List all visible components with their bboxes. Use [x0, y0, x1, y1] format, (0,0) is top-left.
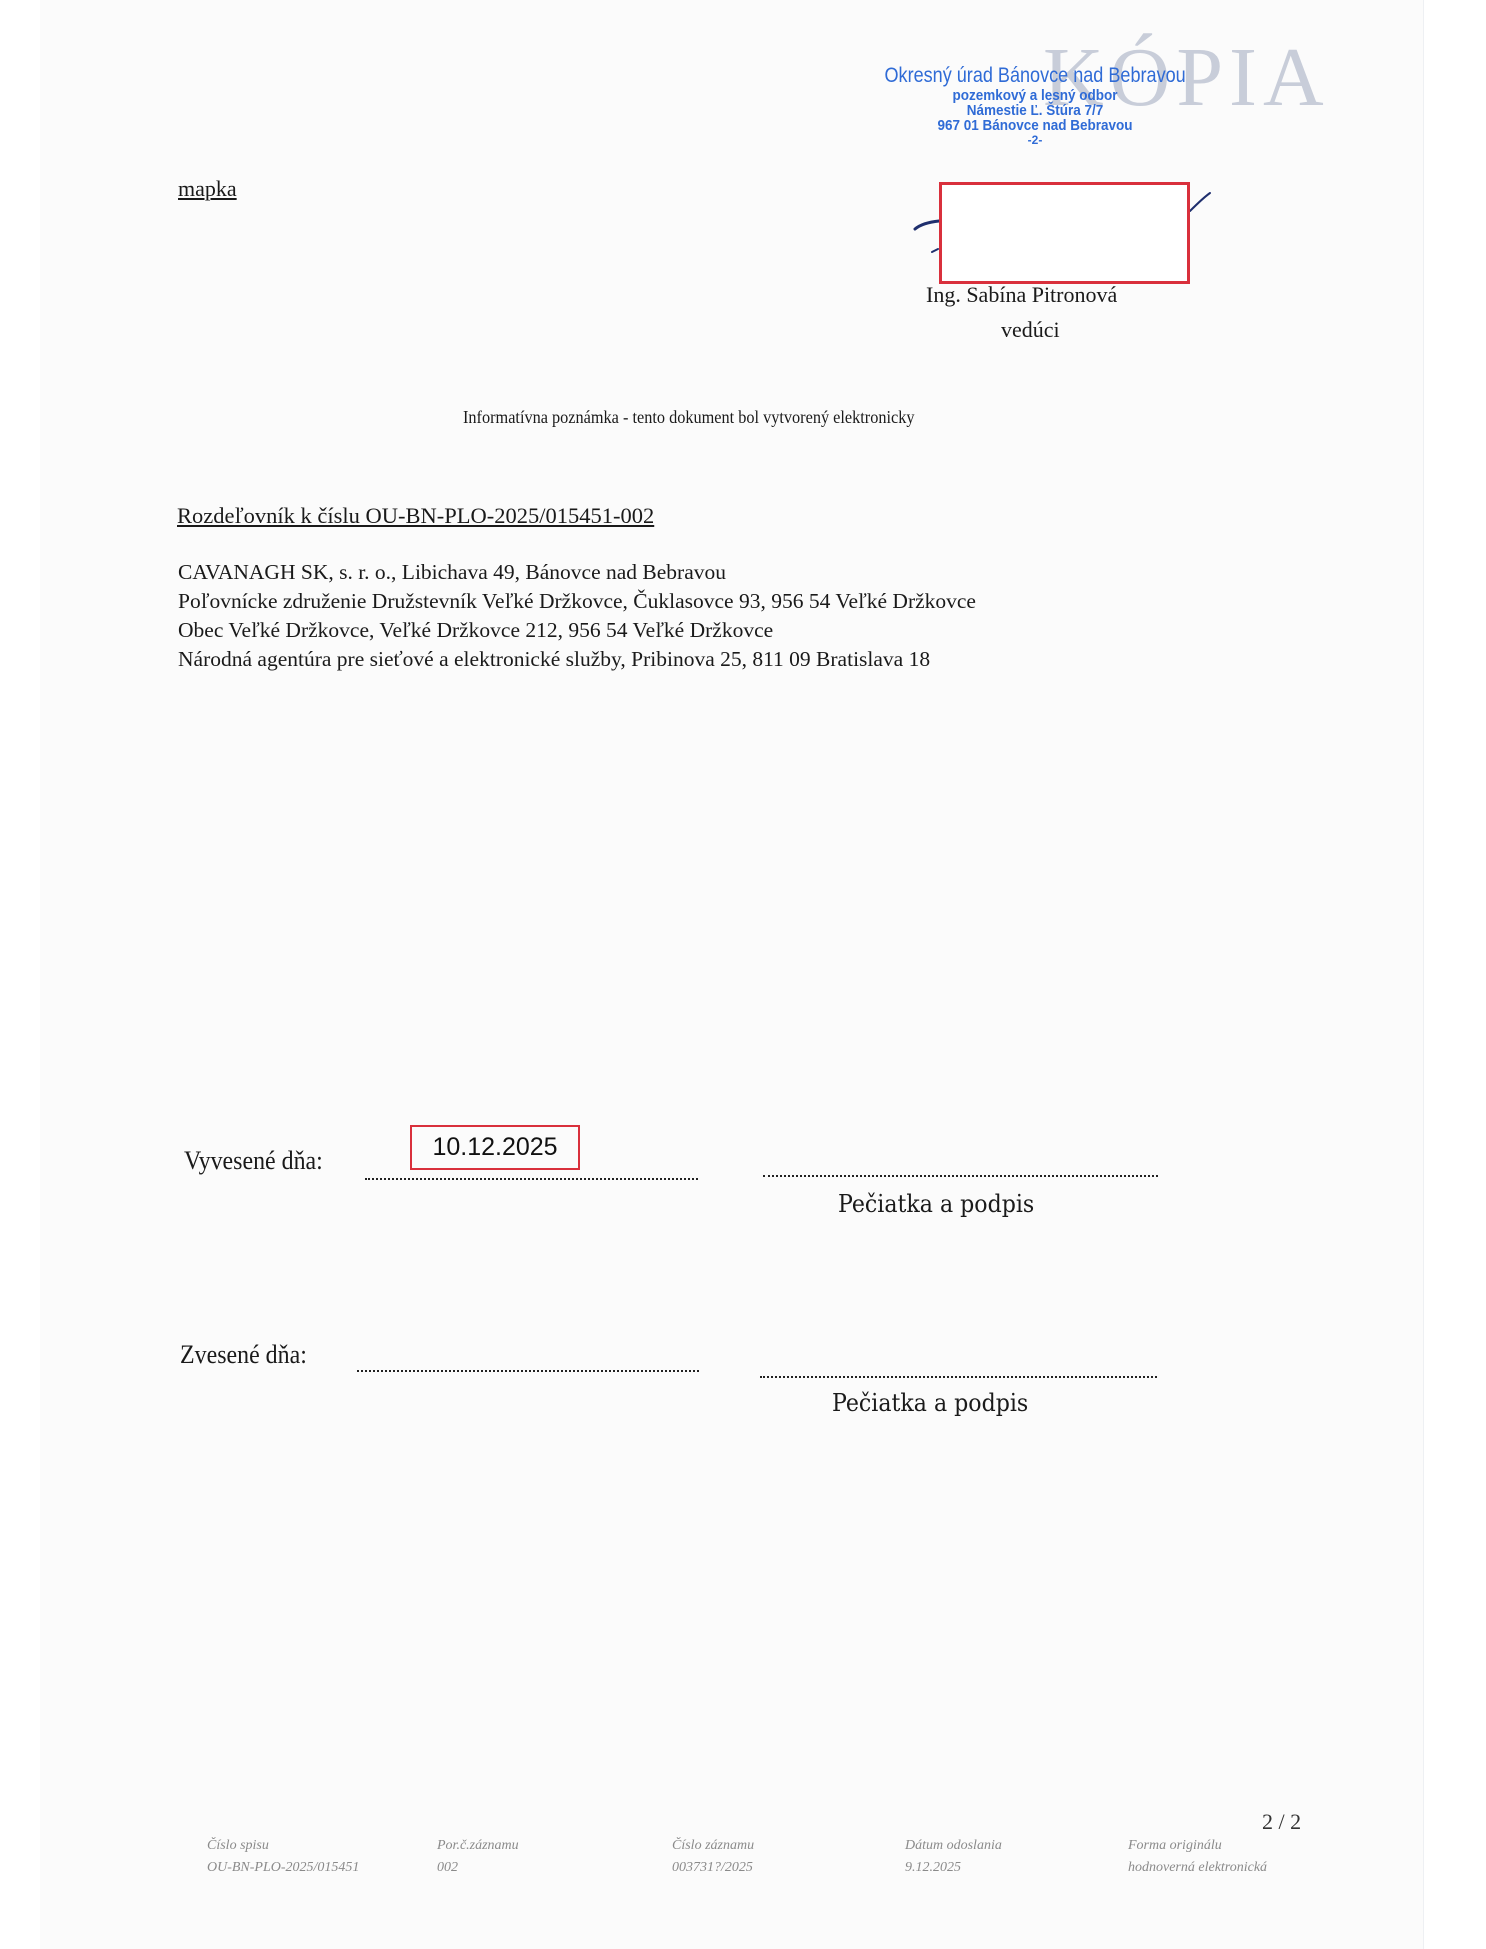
footer-label: Forma originálu — [1128, 1835, 1267, 1857]
info-note: Informatívna poznámka - tento dokument b… — [463, 407, 915, 428]
document-page — [40, 0, 1424, 1949]
footer-record-number: Číslo záznamu 003731?/2025 — [672, 1835, 754, 1879]
footer-value: hodnoverná elektronická — [1128, 1857, 1267, 1879]
recipient-item: Poľovnícke združenie Družstevník Veľké D… — [178, 587, 976, 616]
removed-stamp-signature-label: Pečiatka a podpis — [832, 1389, 1028, 1417]
footer-label: Dátum odoslania — [905, 1835, 1002, 1857]
signer-role: vedúci — [1001, 317, 1060, 343]
posted-date-line — [365, 1178, 698, 1180]
attachment-label: mapka — [178, 176, 237, 202]
stamp-city: 967 01 Bánovce nad Bebravou — [878, 118, 1193, 133]
removed-date-label: Zvesené dňa: — [180, 1340, 307, 1370]
footer-value: 9.12.2025 — [905, 1857, 1002, 1879]
posted-date-label: Vyvesené dňa: — [184, 1146, 323, 1176]
footer-value: 002 — [437, 1857, 519, 1879]
distribution-title: Rozdeľovník k číslu OU-BN-PLO-2025/01545… — [177, 503, 654, 529]
removed-date-line — [357, 1370, 699, 1372]
posted-date-value: 10.12.2025 — [410, 1125, 580, 1170]
posted-stamp-signature-label: Pečiatka a podpis — [838, 1190, 1034, 1218]
footer-value: 003731?/2025 — [672, 1857, 754, 1879]
office-stamp: Okresný úrad Bánovce nad Bebravou pozemk… — [860, 64, 1210, 148]
signer-name: Ing. Sabína Pitronová — [926, 282, 1117, 308]
stamp-office: Okresný úrad Bánovce nad Bebravou — [885, 64, 1186, 88]
recipient-item: Obec Veľké Držkovce, Veľké Držkovce 212,… — [178, 616, 976, 645]
footer-label: Por.č.záznamu — [437, 1835, 519, 1857]
signature-redaction-box — [939, 182, 1190, 284]
distribution-list: CAVANAGH SK, s. r. o., Libichava 49, Bán… — [178, 558, 976, 674]
stamp-department: pozemkový a lesný odbor — [878, 88, 1193, 103]
footer-label: Číslo záznamu — [672, 1835, 754, 1857]
page-number: 2 / 2 — [1262, 1809, 1301, 1835]
stamp-street: Námestie Ľ. Štúra 7/7 — [878, 103, 1193, 118]
removed-signature-line — [760, 1376, 1157, 1378]
recipient-item: CAVANAGH SK, s. r. o., Libichava 49, Bán… — [178, 558, 976, 587]
footer-original-form: Forma originálu hodnoverná elektronická — [1128, 1835, 1267, 1879]
footer-send-date: Dátum odoslania 9.12.2025 — [905, 1835, 1002, 1879]
stamp-number: -2- — [860, 133, 1210, 148]
footer-record-order: Por.č.záznamu 002 — [437, 1835, 519, 1879]
posted-signature-line — [763, 1175, 1158, 1177]
footer-file-number: Číslo spisu OU-BN-PLO-2025/015451 — [207, 1835, 359, 1879]
footer-value: OU-BN-PLO-2025/015451 — [207, 1857, 359, 1879]
recipient-item: Národná agentúra pre sieťové a elektroni… — [178, 645, 976, 674]
footer-label: Číslo spisu — [207, 1835, 359, 1857]
